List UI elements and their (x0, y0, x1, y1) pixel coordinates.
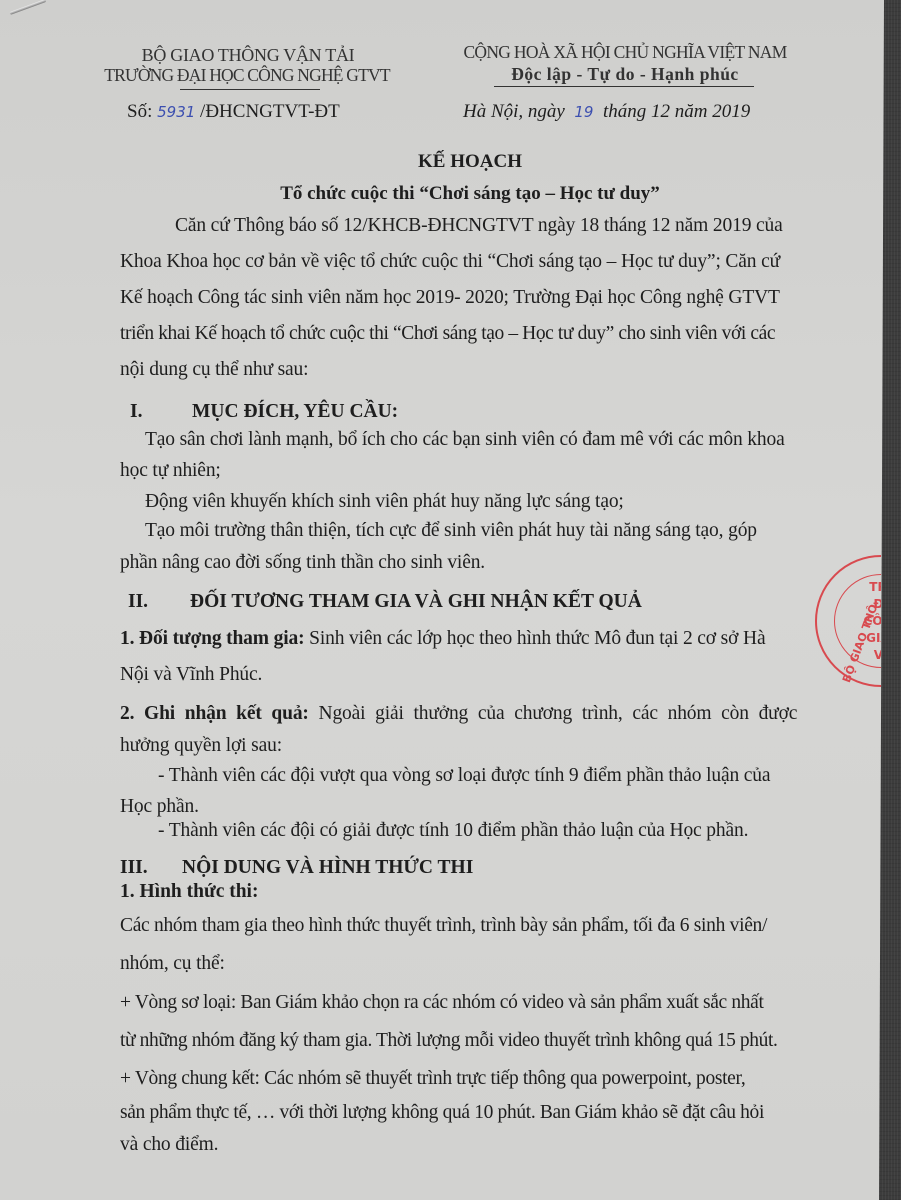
official-seal: BỘ GIAO THÔ TRƯ ĐẠ CÔNG GIAO VẬ (815, 555, 881, 687)
stamp-clip: BỘ GIAO THÔ TRƯ ĐẠ CÔNG GIAO VẬ (0, 0, 881, 1200)
seal-center-text: TRƯ ĐẠ CÔNG GIAO VẬ (843, 579, 881, 664)
seal-line: TRƯ (843, 579, 881, 596)
seal-line: CÔNG (843, 613, 881, 630)
seal-line: ĐẠ (843, 596, 881, 613)
document-page: BỘ GIAO THÔNG VẬN TẢI TRƯỜNG ĐẠI HỌC CÔN… (0, 0, 901, 1200)
seal-line: VẬ (843, 647, 881, 664)
seal-line: GIAO (843, 630, 881, 647)
